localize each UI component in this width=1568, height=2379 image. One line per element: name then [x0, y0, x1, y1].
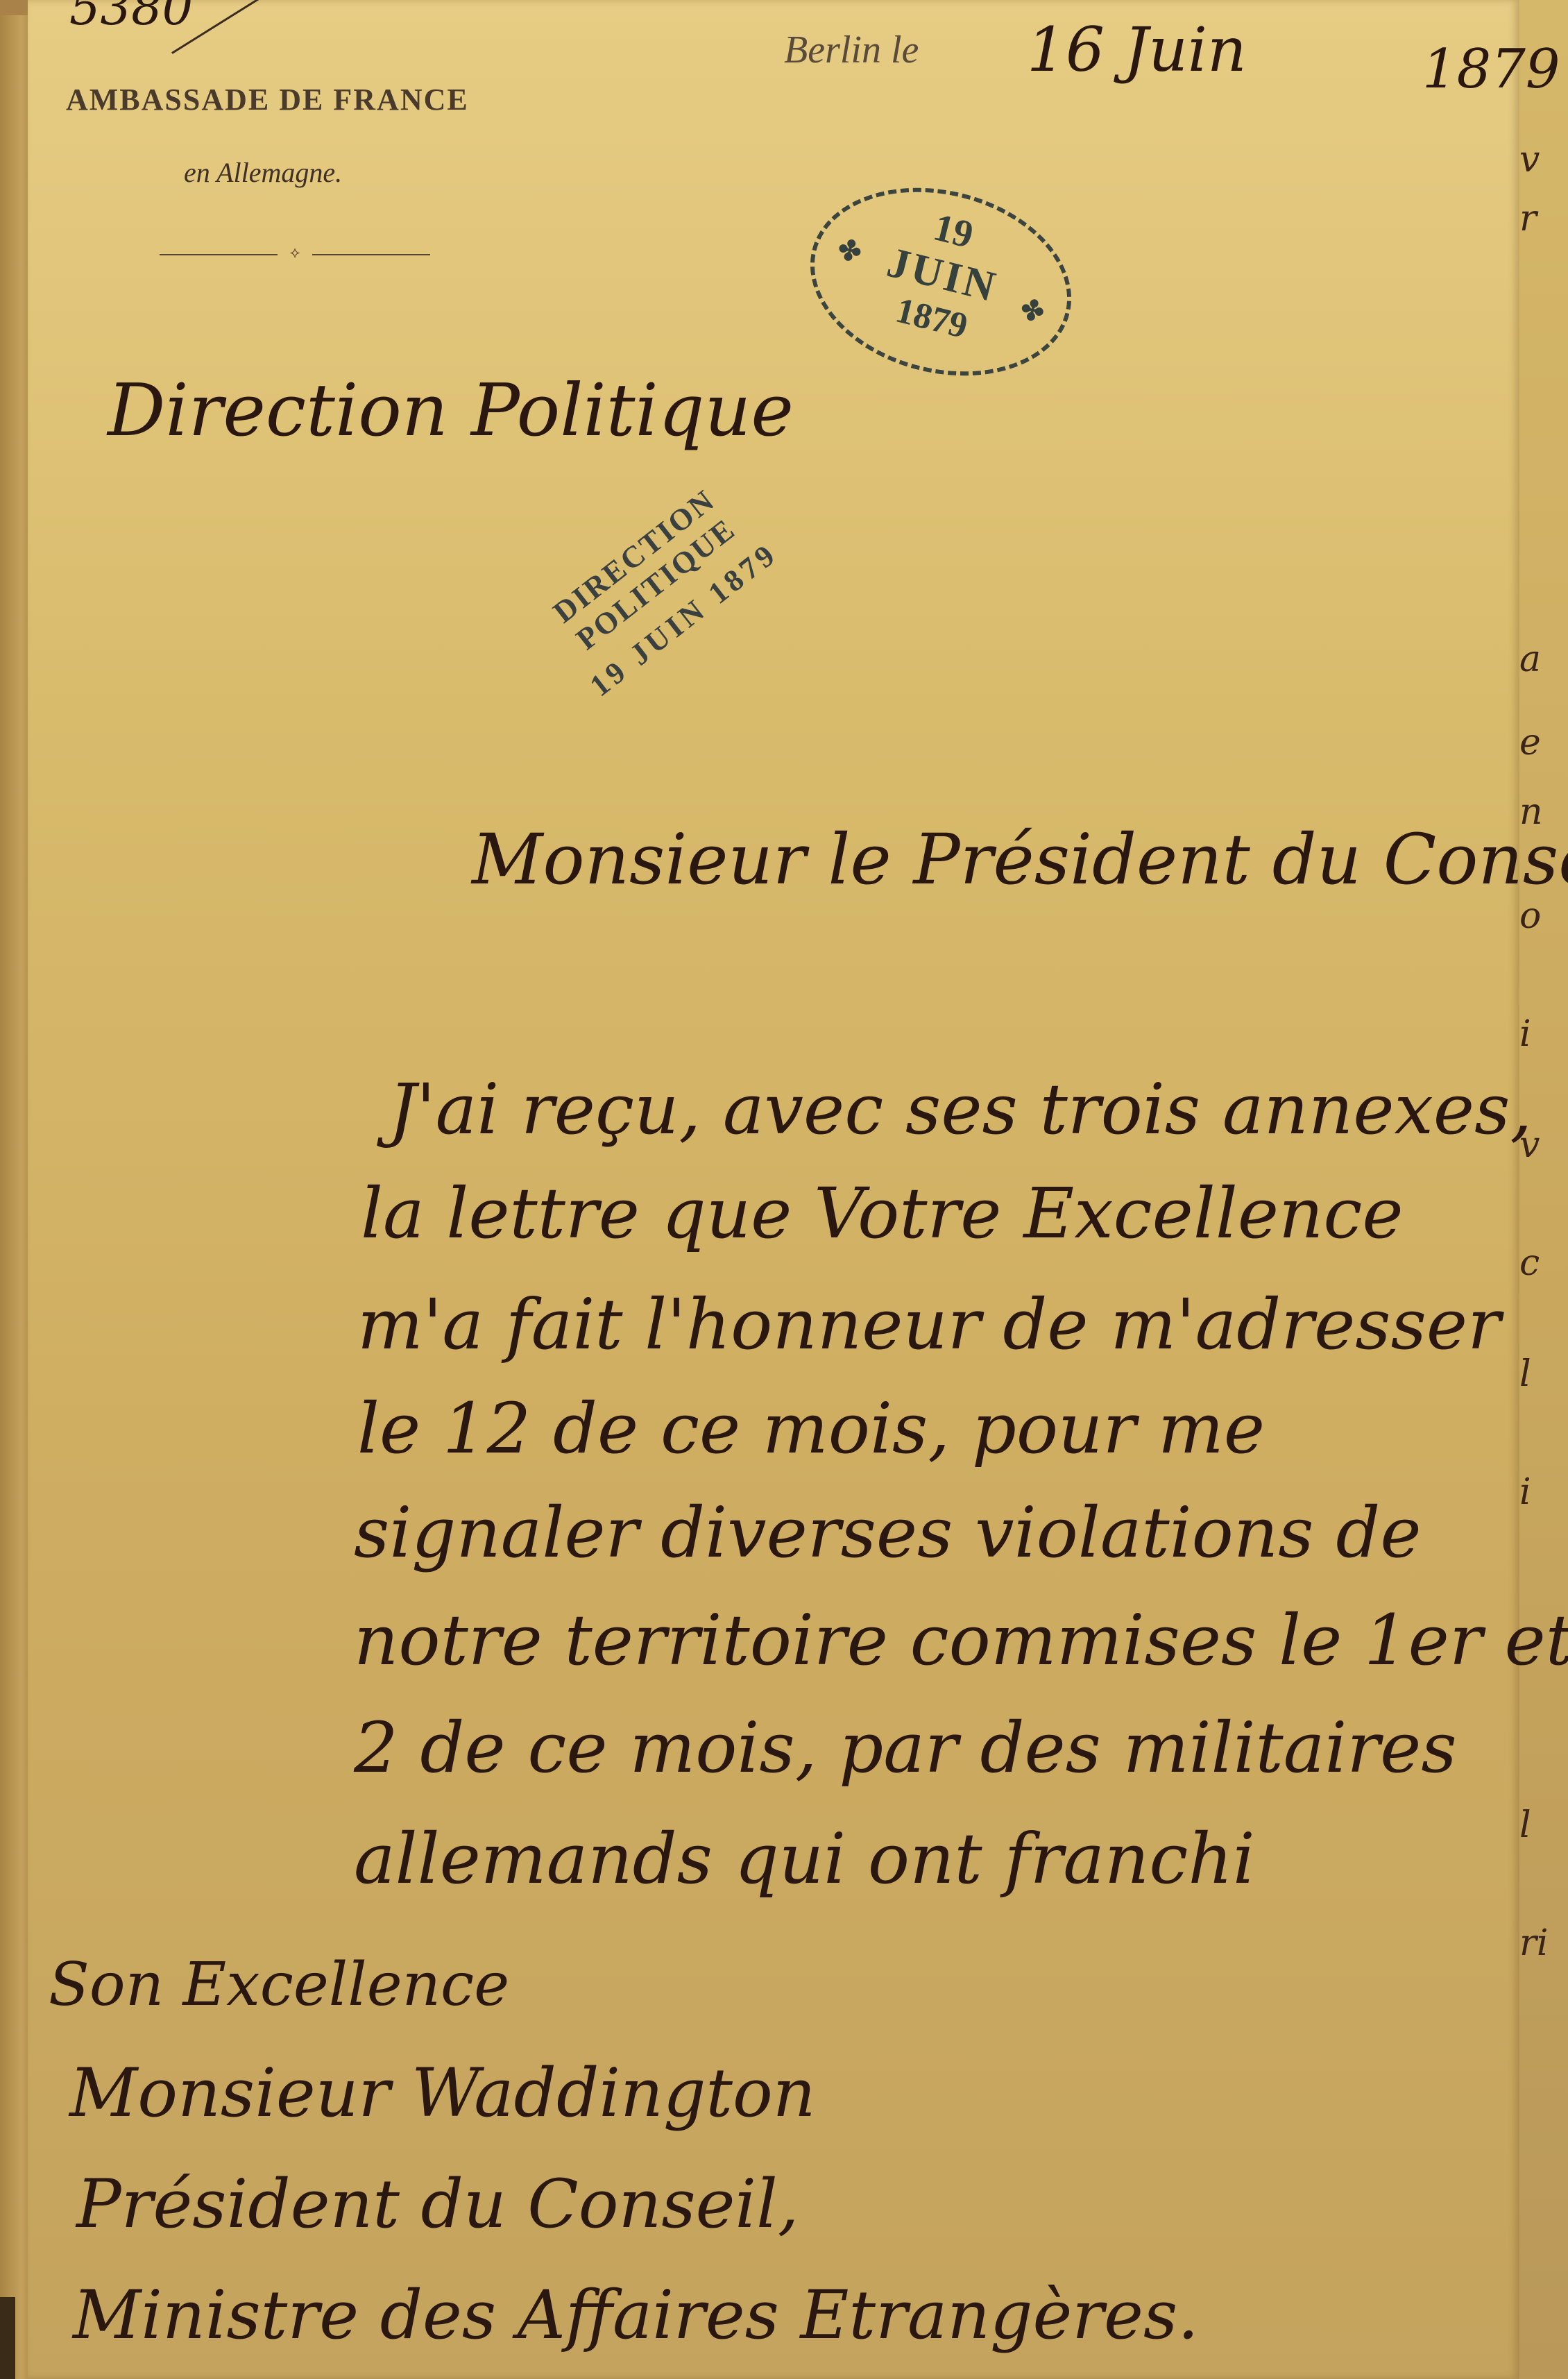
addressee-line: Son Excellence: [49, 1950, 509, 2020]
addressee-line: Président du Conseil,: [76, 2165, 799, 2243]
addressee-line: Ministre des Affaires Etrangères.: [73, 2276, 1199, 2354]
department-heading: Direction Politique: [108, 368, 794, 452]
department-received-stamp: DIRECTION POLITIQUE 19 JUIN 1879: [482, 431, 851, 763]
dateline-place: Berlin le: [784, 28, 919, 72]
underlying-text-fragment: l: [1519, 1804, 1531, 1846]
underlying-text-fragment: c: [1519, 1242, 1540, 1284]
underlying-text-fragment: l: [1519, 1353, 1531, 1395]
underlying-text-fragment: v: [1519, 139, 1540, 180]
body-line: signaler diverses violations de: [354, 1492, 1422, 1573]
body-line: m'a fait l'honneur de m'adresser: [357, 1284, 1501, 1365]
salutation: Monsieur le Président du Conseil,: [472, 819, 1568, 900]
dateline-day-month: 16 Juin: [1027, 14, 1247, 85]
background-wood-edge: [0, 0, 31, 15]
underlying-text-fragment: a: [1519, 638, 1541, 680]
body-line: notre territoire commises le 1er et le: [354, 1600, 1568, 1681]
received-date-stamp: ✤ 19 JUIN 1879 ✤: [790, 162, 1091, 403]
underlying-text-fragment: e: [1519, 722, 1541, 763]
background-surface: [0, 0, 31, 2379]
underlying-page: v r a e n o i v c l i l ri: [1512, 0, 1568, 2379]
body-line: 2 de ce mois, par des militaires: [354, 1707, 1457, 1788]
letterhead-title: AMBASSADE DE FRANCE: [66, 82, 469, 117]
body-line: J'ai reçu, avec ses trois annexes,: [389, 1069, 1532, 1150]
body-line: allemands qui ont franchi: [354, 1818, 1255, 1899]
addressee-line: Monsieur Waddington: [69, 2054, 816, 2132]
dateline-year: 1879: [1422, 38, 1560, 101]
background-shadow: [0, 2297, 15, 2379]
reference-mark: 5380: [69, 0, 193, 36]
underlying-text-fragment: o: [1519, 895, 1541, 937]
body-line: le 12 de ce mois, pour me: [357, 1388, 1265, 1469]
underlying-text-fragment: i: [1519, 1471, 1531, 1513]
underlying-text-fragment: i: [1519, 1013, 1531, 1055]
letterhead-subtitle: en Allemagne.: [184, 156, 342, 189]
underlying-text-fragment: r: [1519, 198, 1537, 239]
underlying-text-fragment: ri: [1519, 1922, 1549, 1964]
ornament-icon: ⟡: [278, 244, 312, 262]
letterhead-ornament-rule: ⟡: [160, 250, 430, 260]
body-line: la lettre que Votre Excellence: [361, 1173, 1404, 1254]
letter-page: 5380 AMBASSADE DE FRANCE en Allemagne. ⟡…: [28, 0, 1519, 2379]
